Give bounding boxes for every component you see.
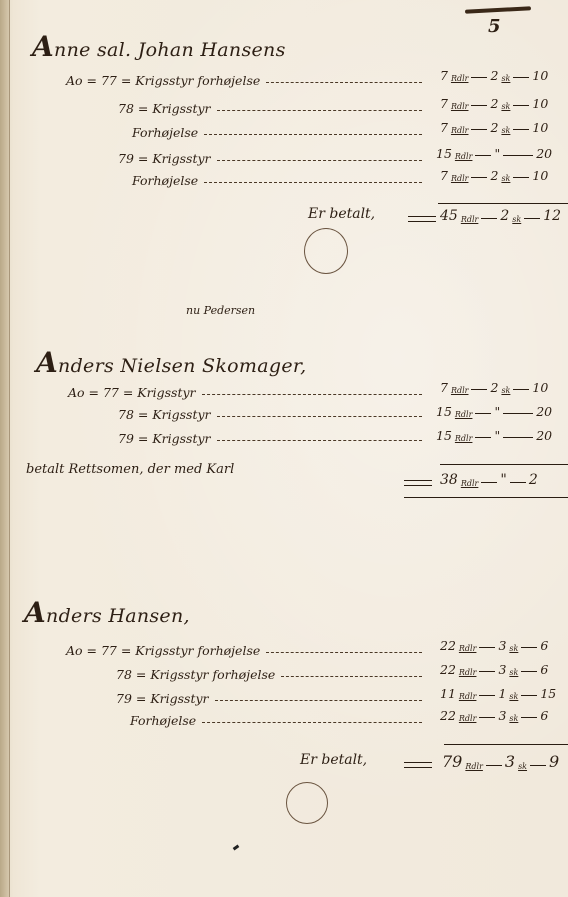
double-rule xyxy=(404,480,432,486)
entry-3-amount-4: 22Rdlr3sk6 xyxy=(440,708,548,723)
line-label: Forhøjelse xyxy=(132,173,198,188)
entry-2-bottom-rule xyxy=(404,497,568,498)
entry-2-line-3: 79 = Krigsstyr xyxy=(118,428,426,446)
entry-2-name: Anders Nielsen Skomager, xyxy=(36,346,307,379)
line-label: 79 = Krigsstyr xyxy=(118,151,211,166)
entry-2-total: 38Rdlr"2 xyxy=(440,472,538,488)
line-label: 78 = Krigsstyr xyxy=(118,407,211,422)
entry-3-sum-rule xyxy=(444,744,568,745)
entry-1-amount-5: 7Rdlr2sk10 xyxy=(440,168,548,183)
line-label: 79 = Krigsstyr xyxy=(118,431,211,446)
entry-1-line-5: Forhøjelse xyxy=(132,170,426,188)
line-label: Ao = 77 = Krigsstyr forhøjelse xyxy=(66,643,260,658)
entry-1-line-3: Forhøjelse xyxy=(132,122,426,140)
entry-1-line-2: 78 = Krigsstyr xyxy=(118,98,426,116)
entry-1-total-label: Er betalt, xyxy=(308,206,375,222)
entry-3-amount-1: 22Rdlr3sk6 xyxy=(440,638,548,653)
entry-1-name: Anne sal. Johan Hansens xyxy=(32,30,286,63)
entry-3-line-2: 78 = Krigsstyr forhøjelse xyxy=(116,664,426,682)
folio-number: 5 xyxy=(488,16,501,37)
entry-2-name-note: nu Pedersen xyxy=(186,304,255,317)
double-rule xyxy=(408,216,436,222)
line-label: 78 = Krigsstyr xyxy=(118,101,211,116)
entry-3-amount-2: 22Rdlr3sk6 xyxy=(440,662,548,677)
entry-3-line-3: 79 = Krigsstyr xyxy=(116,688,426,706)
entry-1-amount-2: 7Rdlr2sk10 xyxy=(440,96,548,111)
entry-1-amount-3: 7Rdlr2sk10 xyxy=(440,120,548,135)
double-rule xyxy=(404,762,432,768)
entry-1-line-1: Ao = 77 = Krigsstyr forhøjelse xyxy=(66,70,426,88)
entry-1-sum-rule xyxy=(438,203,568,204)
entry-1-amount-4: 15Rdlr"20 xyxy=(436,146,552,161)
line-label: 78 = Krigsstyr forhøjelse xyxy=(116,667,275,682)
line-label: Ao = 77 = Krigsstyr forhøjelse xyxy=(66,73,260,88)
entry-2-note: betalt Rettsomen, der med Karl xyxy=(26,462,234,477)
line-label: Forhøjelse xyxy=(132,125,198,140)
entry-3-amount-3: 11Rdlr1sk15 xyxy=(440,686,556,701)
entry-2-sum-rule xyxy=(440,464,568,465)
entry-3-line-1: Ao = 77 = Krigsstyr forhøjelse xyxy=(66,640,426,658)
line-label: 79 = Krigsstyr xyxy=(116,691,209,706)
flourish-loop xyxy=(286,782,328,824)
entry-2-amount-2: 15Rdlr"20 xyxy=(436,404,552,419)
line-label: Ao = 77 = Krigsstyr xyxy=(68,385,196,400)
line-label: Forhøjelse xyxy=(130,713,196,728)
binding-gutter xyxy=(0,0,10,897)
entry-3-line-4: Forhøjelse xyxy=(130,710,426,728)
entry-3-total-label: Er betalt, xyxy=(300,752,367,768)
entry-1-amount-1: 7Rdlr2sk10 xyxy=(440,68,548,83)
folio-stroke xyxy=(465,6,531,13)
entry-3-total: 79Rdlr3sk9 xyxy=(442,752,559,771)
ink-mark xyxy=(233,845,240,851)
entry-3-name: Anders Hansen, xyxy=(24,596,190,629)
entry-2-line-1: Ao = 77 = Krigsstyr xyxy=(68,382,426,400)
entry-1-total: 45Rdlr2sk12 xyxy=(440,208,561,224)
entry-2-amount-3: 15Rdlr"20 xyxy=(436,428,552,443)
ledger-page: 5 Anne sal. Johan Hansens Ao = 77 = Krig… xyxy=(0,0,568,897)
entry-1-line-4: 79 = Krigsstyr xyxy=(118,148,426,166)
flourish-loop xyxy=(304,228,348,274)
entry-2-amount-1: 7Rdlr2sk10 xyxy=(440,380,548,395)
entry-2-line-2: 78 = Krigsstyr xyxy=(118,404,426,422)
